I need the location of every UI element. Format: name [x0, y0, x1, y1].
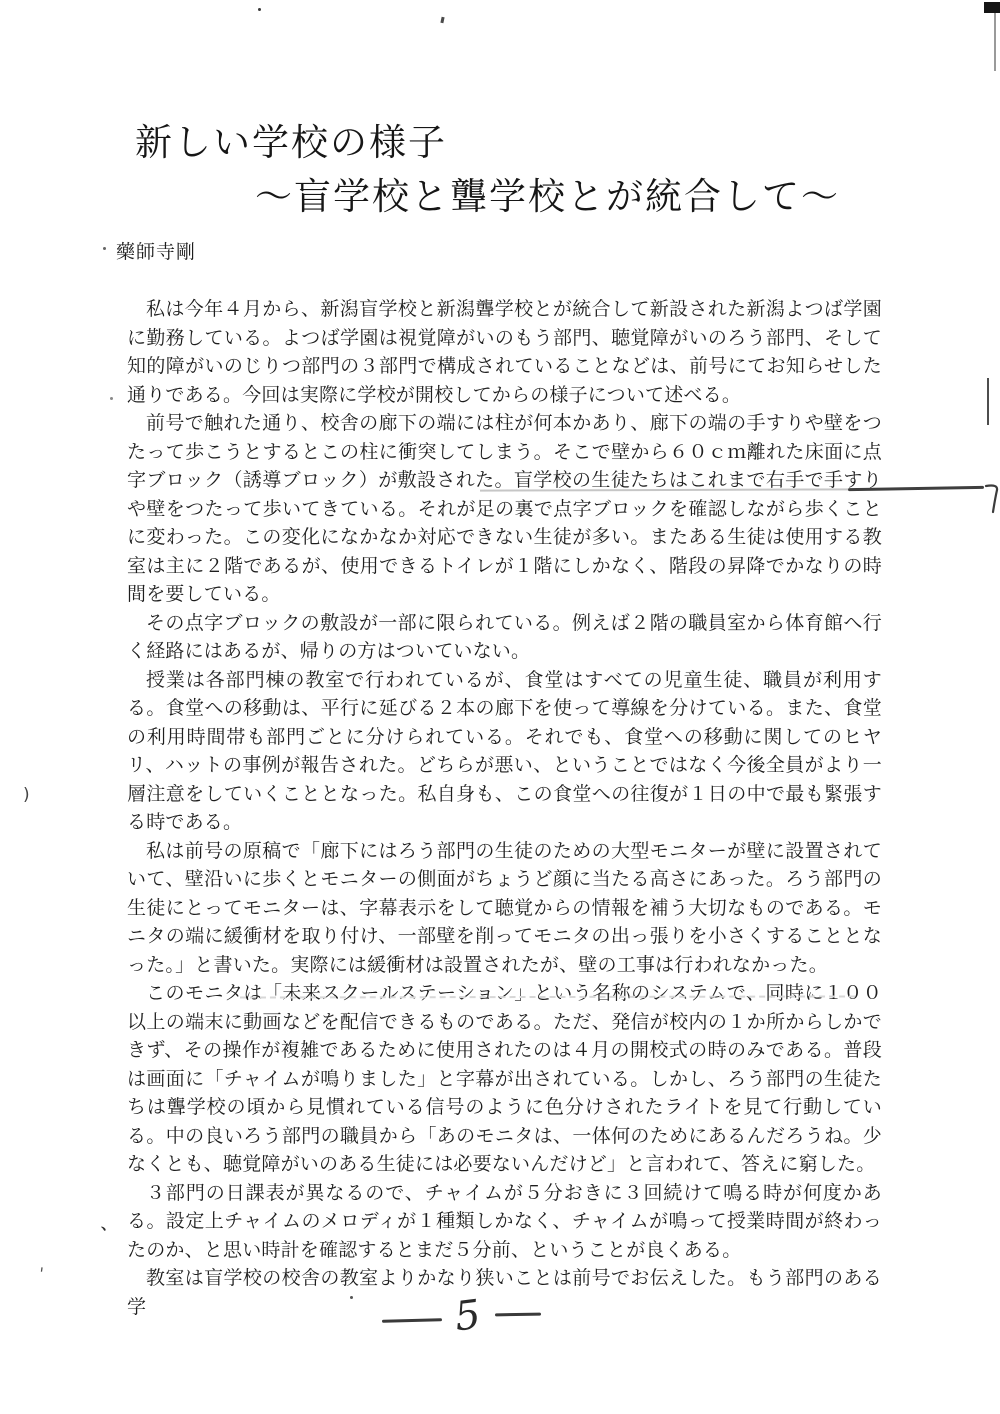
document-body: 私は今年４月から、新潟盲学校と新潟聾学校とが統合して新設された新潟よつば学園に勤… — [127, 295, 882, 1321]
paragraph-2: 前号で触れた通り、校舎の廊下の端には柱が何本かあり、廊下の端の手すりや壁をつたっ… — [127, 409, 882, 609]
page-number-right-dash — [495, 1313, 541, 1316]
author-name: 藥師寺剛 — [116, 237, 196, 264]
paragraph-6: このモニタは「未来スクールステーション」という名称のシステムで、同時に１００以上… — [127, 979, 882, 1179]
scan-artifact-hook — [984, 483, 1000, 515]
scan-artifact-edge-line — [994, 13, 996, 71]
page-number: 5 — [453, 1295, 483, 1338]
paragraph-7: ３部門の日課表が異なるので、チャイムが５分おきに３回続けて鳴る時が何度かある。設… — [127, 1179, 882, 1265]
scan-artifact-comma-mark: 、 — [101, 1213, 116, 1234]
document-title: 新しい学校の様子 ～盲学校と聾学校とが統合して～ — [135, 124, 840, 215]
scan-artifact-vertical-line — [987, 378, 989, 425]
scan-artifact-paren-mark: ) — [23, 785, 30, 805]
scan-artifact-speck — [103, 247, 106, 250]
title-line-1: 新しい学校の様子 — [135, 124, 840, 161]
paragraph-5: 私は前号の原稿で「廊下にはろう部門の生徒のための大型モニターが壁に設置されていて… — [127, 837, 882, 980]
scan-artifact-speck — [258, 8, 261, 11]
paragraph-1: 私は今年４月から、新潟盲学校と新潟聾学校とが統合して新設された新潟よつば学園に勤… — [127, 295, 882, 409]
scan-artifact-corner-block — [984, 2, 1000, 13]
page-number-area: 5 — [350, 1290, 610, 1360]
scan-artifact-speck — [440, 17, 444, 23]
scanned-document-page: 新しい学校の様子 ～盲学校と聾学校とが統合して～ 藥師寺剛 私は今年４月から、新… — [0, 0, 1000, 1414]
scan-artifact-tick-mark: ' — [38, 1264, 45, 1283]
paragraph-3: その点字ブロックの敷設が一部に限られている。例えば２階の職員室から体育館へ行く経… — [127, 609, 882, 666]
paragraph-4: 授業は各部門棟の教室で行われているが、食堂はすべての児童生徒、職員が利用する。食… — [127, 666, 882, 837]
title-line-2: ～盲学校と聾学校とが統合して～ — [255, 178, 840, 215]
page-number-left-dash — [382, 1318, 442, 1323]
scan-artifact-speck — [110, 397, 113, 400]
